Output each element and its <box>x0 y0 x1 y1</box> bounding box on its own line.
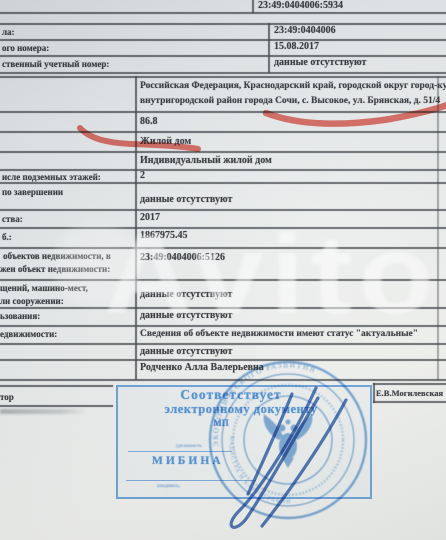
handwritten-signature <box>0 0 446 540</box>
document-photo: 23:49:0404006:5934 ла: 23:49:0404006 ого… <box>0 0 446 540</box>
